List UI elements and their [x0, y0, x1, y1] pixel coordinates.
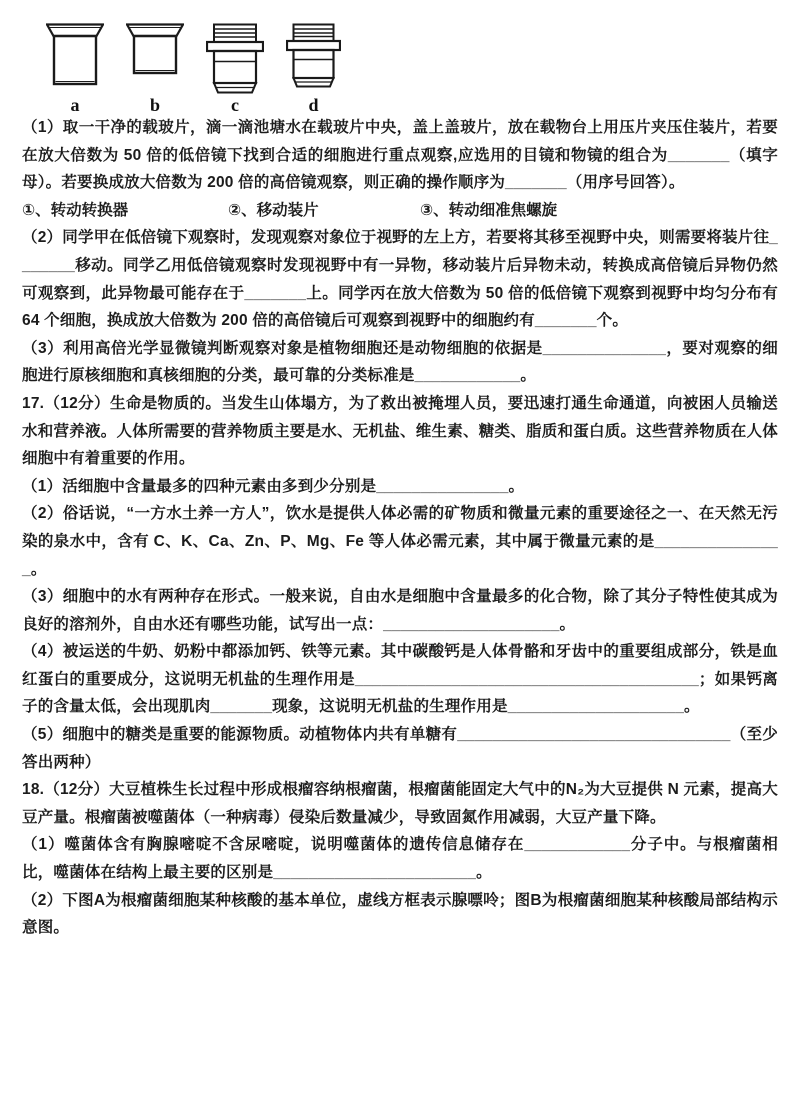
- eyepiece-short-drawing: [126, 23, 184, 76]
- q17-part5-text: （5）细胞中的糖类是重要的能源物质。动植物体内共有单糖有____________…: [22, 721, 778, 776]
- objective-tall-drawing: [206, 23, 264, 94]
- figure-label-d: d: [308, 96, 318, 114]
- q16-part1-text: （1）取一干净的载玻片，滴一滴池塘水在载玻片中央，盖上盖玻片，放在载物台上用压片…: [22, 114, 778, 197]
- figure-label-b: b: [150, 96, 160, 114]
- q17-part2-text: （2）俗话说，“一方水土养一方人”，饮水是提供人体必需的矿物质和微量元素的重要途…: [22, 500, 778, 583]
- q17-part3-text: （3）细胞中的水有两种存在形式。一般来说，自由水是细胞中含量最多的化合物，除了其…: [22, 583, 778, 638]
- q17-part1-text: （1）活细胞中含量最多的四种元素由多到少分别是_______________。: [22, 473, 778, 501]
- figure-item-c: c: [206, 23, 264, 114]
- figure-item-b: b: [126, 23, 184, 114]
- q16-step-1: ①、转动转换器: [22, 197, 228, 225]
- figure-label-c: c: [231, 96, 239, 114]
- q18-part1-text: （1）噬菌体含有胸腺嘧啶不含尿嘧啶，说明噬菌体的遗传信息储存在_________…: [22, 831, 778, 886]
- exam-page: a b c: [0, 0, 800, 1095]
- q16-steps-row: ①、转动转换器 ②、移动装片 ③、转动细准焦螺旋: [22, 197, 778, 225]
- q18-part2-text: （2）下图A为根瘤菌细胞某种核酸的基本单位，虚线方框表示腺嘌呤；图B为根瘤菌细胞…: [22, 887, 778, 942]
- q16-part3-text: （3）利用高倍光学显微镜判断观察对象是植物细胞还是动物细胞的依据是_______…: [22, 335, 778, 390]
- q17-intro-text: 17.（12分）生命是物质的。当发生山体塌方，为了救出被掩埋人员，要迅速打通生命…: [22, 390, 778, 473]
- q16-part2-text: （2）同学甲在低倍镜下观察时，发现观察对象位于视野的左上方，若要将其移至视野中央…: [22, 224, 778, 334]
- q16-step-3: ③、转动细准焦螺旋: [420, 197, 557, 225]
- objective-short-drawing: [286, 23, 341, 88]
- q16-step-2: ②、移动装片: [228, 197, 420, 225]
- q17-part4-text: （4）被运送的牛奶、奶粉中都添加钙、铁等元素。其中碳酸钙是人体骨骼和牙齿中的重要…: [22, 638, 778, 721]
- figure-item-d: d: [286, 23, 341, 114]
- eyepiece-tall-drawing: [46, 23, 104, 87]
- figure-label-a: a: [71, 96, 80, 114]
- q18-intro-text: 18.（12分）大豆植株生长过程中形成根瘤容纳根瘤菌，根瘤菌能固定大气中的N₂为…: [22, 776, 778, 831]
- figure-item-a: a: [46, 23, 104, 114]
- microscope-lens-figure: a b c: [46, 14, 778, 114]
